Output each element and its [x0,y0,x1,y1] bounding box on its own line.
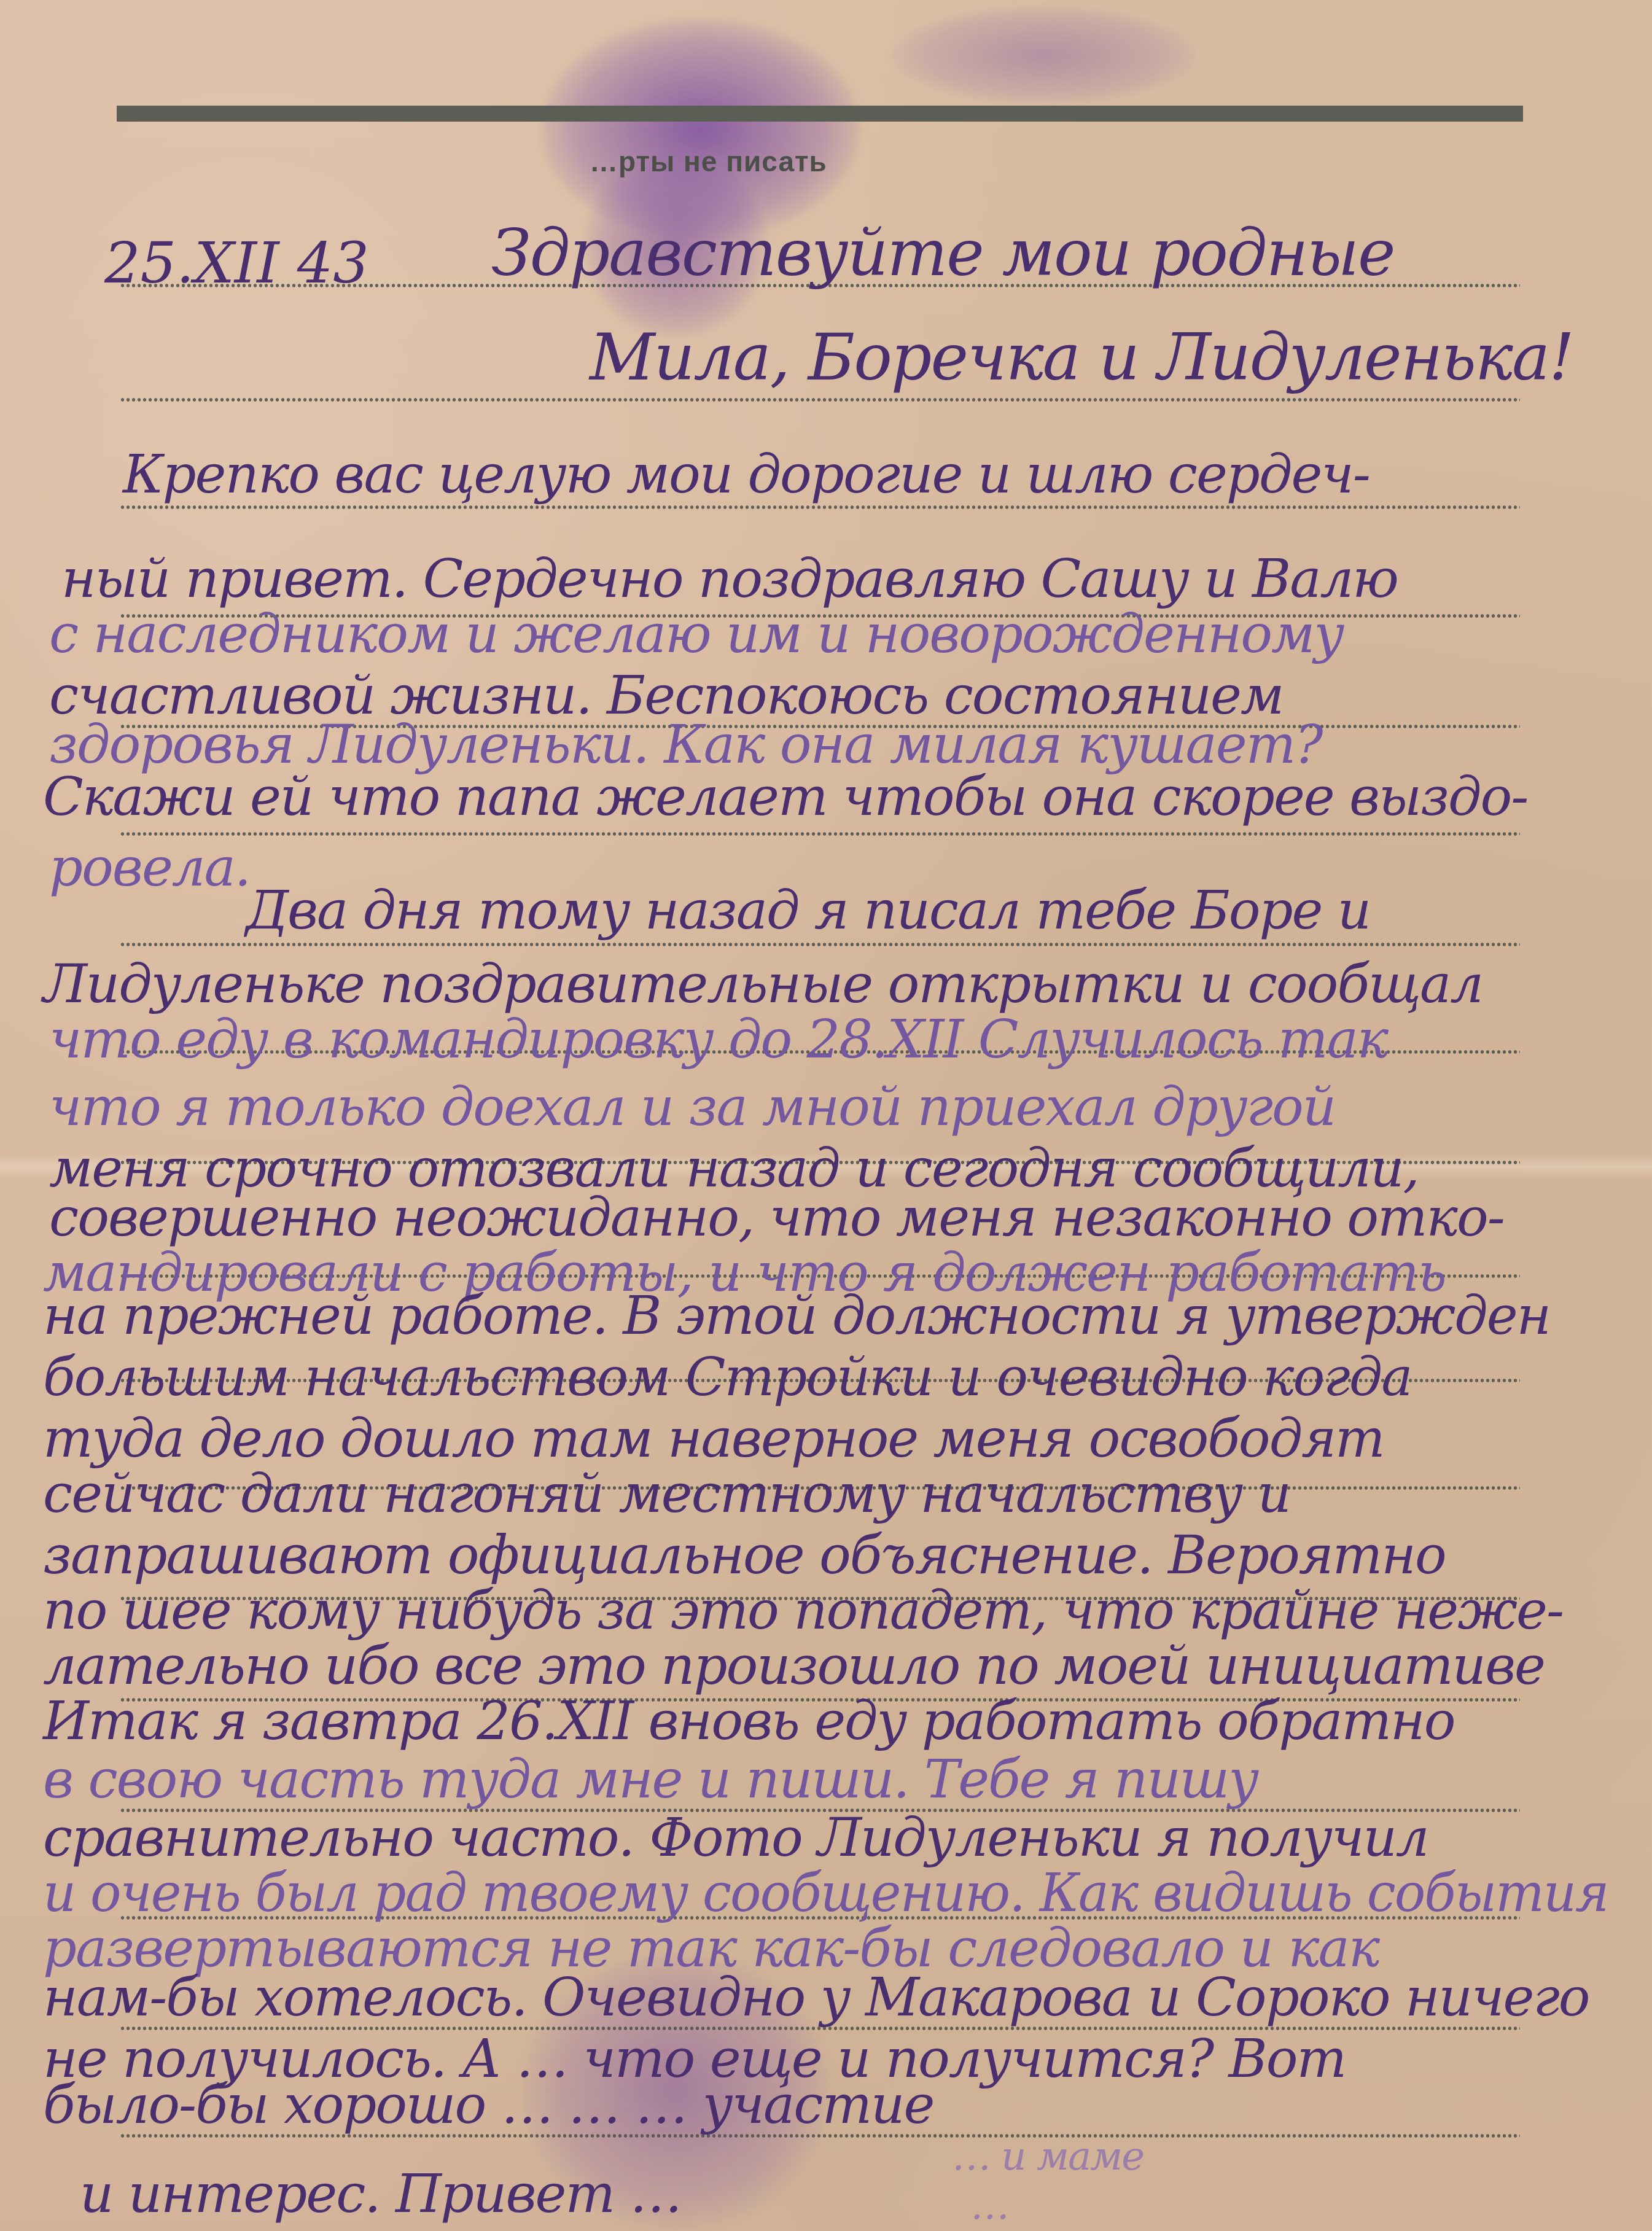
rule-line [120,832,1520,836]
signature-line: … и маме [952,2137,1144,2176]
greeting-line-2: Мила, Боречка и Лидуленька! [590,325,1573,389]
letter-line: большим начальством Стройки и очевидно к… [43,1351,1411,1404]
letter-line: с наследником и желаю им и новорожденном… [49,608,1343,661]
letter-line: Итак я завтра 26.XII вновь еду работать … [43,1695,1455,1748]
letter-line: туда дело дошло там наверное меня освобо… [43,1412,1384,1465]
printed-caption: …рты не писать [590,145,827,178]
letter-line: лательно ибо все это произошло по моей и… [43,1640,1545,1692]
letter-line: Скажи ей что папа желает чтобы она скоре… [43,771,1527,823]
letter-line: сейчас дали нагоняй местному начальству … [43,1468,1290,1520]
signature-line: … [970,2186,1008,2225]
printed-bar [117,106,1523,122]
greeting-line-1: Здравствуйте мои родные [491,221,1394,285]
letter-line: по шее кому нибудь за это попадет, что к… [43,1584,1563,1637]
letter-line: на прежней работе. В этой должности я ут… [43,1290,1550,1342]
rule-line [120,398,1520,402]
letter-date: 25.XII 43 [104,230,369,296]
letter-line: сравнительно часто. Фото Лидуленьки я по… [43,1812,1428,1864]
letter-line: совершенно неожиданно, что меня незаконн… [49,1191,1504,1244]
letter-line: нам-бы хотелось. Очевидно у Макарова и С… [43,1971,1589,2024]
letter-line: и очень был рад твоему сообщению. Как ви… [43,1867,1608,1920]
letter-line: было-бы хорошо … … … участие [43,2079,933,2132]
letter-line: что я только доехал и за мной приехал др… [49,1081,1335,1134]
letter-line: ровела. [49,841,250,894]
letter-line: что еду в командировку до 28.XII Случило… [49,1013,1387,1066]
letter-line: и интерес. Привет … [80,2168,681,2221]
letter-line: Два дня тому назад я писал тебе Боре и [246,884,1370,937]
letter-line: Крепко вас целую мои дорогие и шлю серде… [123,448,1370,501]
letter-line: Лидуленьке поздравительные открытки и со… [43,958,1483,1011]
letter-line: ный привет. Сердечно поздравляю Сашу и В… [61,553,1398,605]
letter-line: запрашивают официальное объяснение. Веро… [43,1529,1446,1582]
letter-line: здоровья Лидуленьки. Как она милая кушае… [49,718,1322,771]
rule-line [120,943,1520,946]
letter-line: в свою часть туда мне и пиши. Тебе я пиш… [43,1753,1258,1806]
stamp-blot-top-right [890,6,1198,104]
rule-line [120,505,1520,509]
